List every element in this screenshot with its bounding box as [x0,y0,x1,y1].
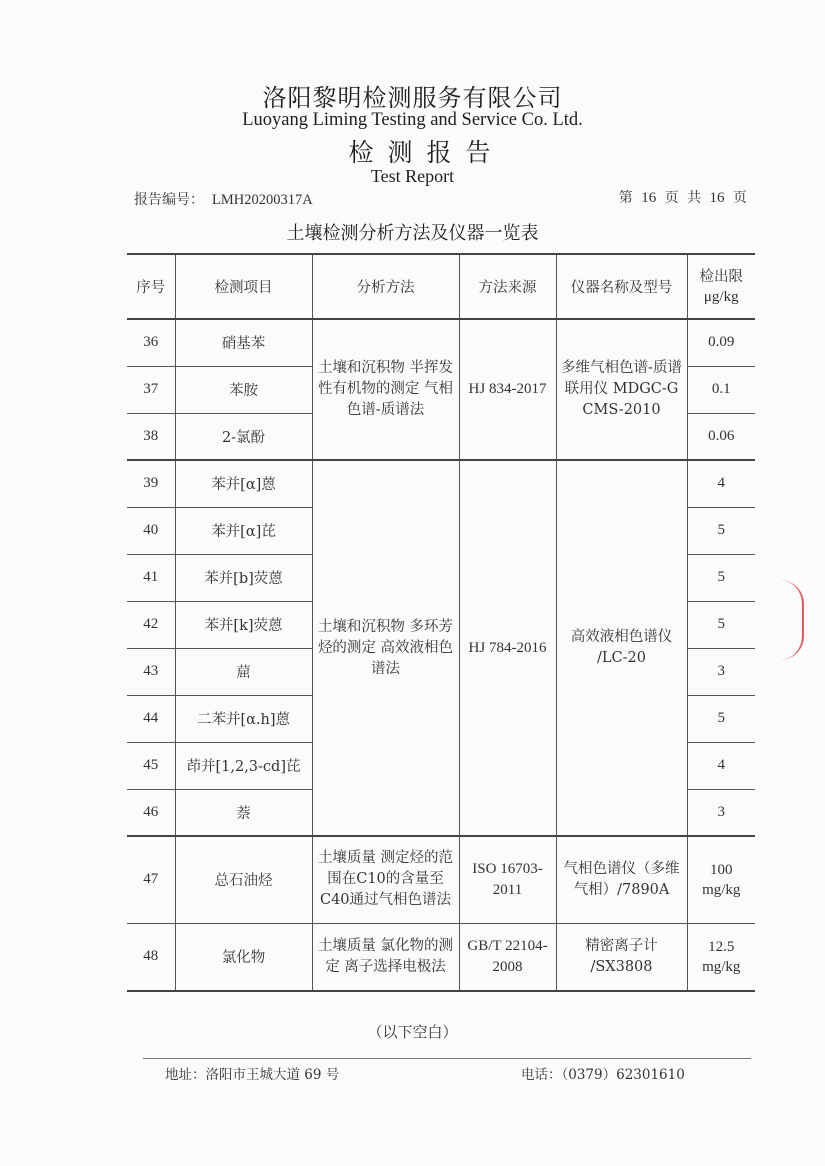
row-no: 43 [127,648,175,695]
col-header-limit-unit: μg/kg [692,287,752,307]
table-row: 36 硝基苯 土壤和沉积物 半挥发性有机物的测定 气相色谱-质谱法 HJ 834… [127,319,755,366]
row-no: 45 [127,742,175,789]
company-name-en: Luoyang Liming Testing and Service Co. L… [0,110,825,131]
row-method: 土壤质量 氯化物的测定 离子选择电极法 [312,923,459,991]
col-header-no: 序号 [127,254,175,319]
row-no: 41 [127,554,175,601]
row-item: 二苯并[α.h]蒽 [175,695,312,742]
report-number: 报告编号：LMH20200317A [134,189,313,209]
row-instrument: 多维气相色谱-质谱联用仪 MDGC-GCMS-2010 [556,319,687,460]
row-limit: 100 mg/kg [687,836,755,923]
row-limit: 4 [687,460,755,507]
col-header-limit: 检出限 μg/kg [687,254,755,319]
row-item: 苯并[k]荧蒽 [175,601,312,648]
row-no: 39 [127,460,175,507]
row-item: 苯并[α]蒽 [175,460,312,507]
row-source: ISO 16703-2011 [459,836,556,923]
page-mid: 页 共 [665,190,701,206]
row-instrument: 精密离子计 /SX3808 [556,923,687,991]
page-total: 16 [710,190,725,206]
row-limit: 4 [687,742,755,789]
row-limit: 0.09 [687,319,755,366]
row-item: 苯并[b]荧蒽 [175,554,312,601]
col-header-item: 检测项目 [175,254,312,319]
row-no: 37 [127,366,175,413]
col-header-source: 方法来源 [459,254,556,319]
row-item: 总石油烃 [175,836,312,923]
report-number-label: 报告编号： [134,192,204,208]
report-title-en: Test Report [0,166,825,187]
row-limit: 5 [687,601,755,648]
row-source: HJ 834-2017 [459,319,556,460]
company-name-cn: 洛阳黎明检测服务有限公司 [0,78,825,113]
methods-table: 序号 检测项目 分析方法 方法来源 仪器名称及型号 检出限 μg/kg 36 硝… [127,253,755,992]
row-limit: 3 [687,648,755,695]
footer-phone: 电话：（0379）62301610 [521,1063,685,1083]
row-limit: 5 [687,507,755,554]
report-title-cn: 检测报告 [0,133,825,169]
col-header-instrument: 仪器名称及型号 [556,254,687,319]
row-item: 苯并[α]芘 [175,507,312,554]
row-no: 40 [127,507,175,554]
row-limit: 5 [687,554,755,601]
table-header-row: 序号 检测项目 分析方法 方法来源 仪器名称及型号 检出限 μg/kg [127,254,755,319]
page-prefix: 第 [619,190,633,206]
row-source: GB/T 22104-2008 [459,923,556,991]
page-current: 16 [641,190,656,206]
footer-divider [143,1058,751,1059]
row-instrument: 高效液相色谱仪 /LC-20 [556,460,687,836]
row-item: 2-氯酚 [175,413,312,460]
row-limit: 0.1 [687,366,755,413]
row-no: 44 [127,695,175,742]
row-limit: 3 [687,789,755,836]
row-no: 36 [127,319,175,366]
row-limit: 5 [687,695,755,742]
blank-note: （以下空白） [0,1021,825,1042]
report-number-value: LMH20200317A [212,192,313,208]
row-method: 土壤和沉积物 多环芳烃的测定 高效液相色谱法 [312,460,459,836]
row-item: 苯胺 [175,366,312,413]
row-no: 38 [127,413,175,460]
table-row: 48 氯化物 土壤质量 氯化物的测定 离子选择电极法 GB/T 22104-20… [127,923,755,991]
page-indicator: 第 16 页 共 16 页 [619,187,747,207]
col-header-method: 分析方法 [312,254,459,319]
row-limit: 0.06 [687,413,755,460]
row-method: 土壤和沉积物 半挥发性有机物的测定 气相色谱-质谱法 [312,319,459,460]
row-limit: 12.5 mg/kg [687,923,755,991]
table-row: 39 苯并[α]蒽 土壤和沉积物 多环芳烃的测定 高效液相色谱法 HJ 784-… [127,460,755,507]
row-no: 47 [127,836,175,923]
row-item: 硝基苯 [175,319,312,366]
col-header-limit-label: 检出限 [692,267,752,287]
row-no: 42 [127,601,175,648]
row-item: 氯化物 [175,923,312,991]
table-title: 土壤检测分析方法及仪器一览表 [0,219,825,245]
row-instrument: 气相色谱仪（多维气相）/7890A [556,836,687,923]
row-no: 46 [127,789,175,836]
row-method: 土壤质量 测定烃的范围在C10的含量至C40通过气相色谱法 [312,836,459,923]
stamp-edge-mark [780,580,804,660]
table-row: 47 总石油烃 土壤质量 测定烃的范围在C10的含量至C40通过气相色谱法 IS… [127,836,755,923]
row-item: 茚并[1,2,3-cd]芘 [175,742,312,789]
row-source: HJ 784-2016 [459,460,556,836]
row-item: 萘 [175,789,312,836]
row-item: 䓛 [175,648,312,695]
page-suffix: 页 [733,190,747,206]
footer-address: 地址：洛阳市王城大道 69 号 [165,1063,339,1083]
row-no: 48 [127,923,175,991]
